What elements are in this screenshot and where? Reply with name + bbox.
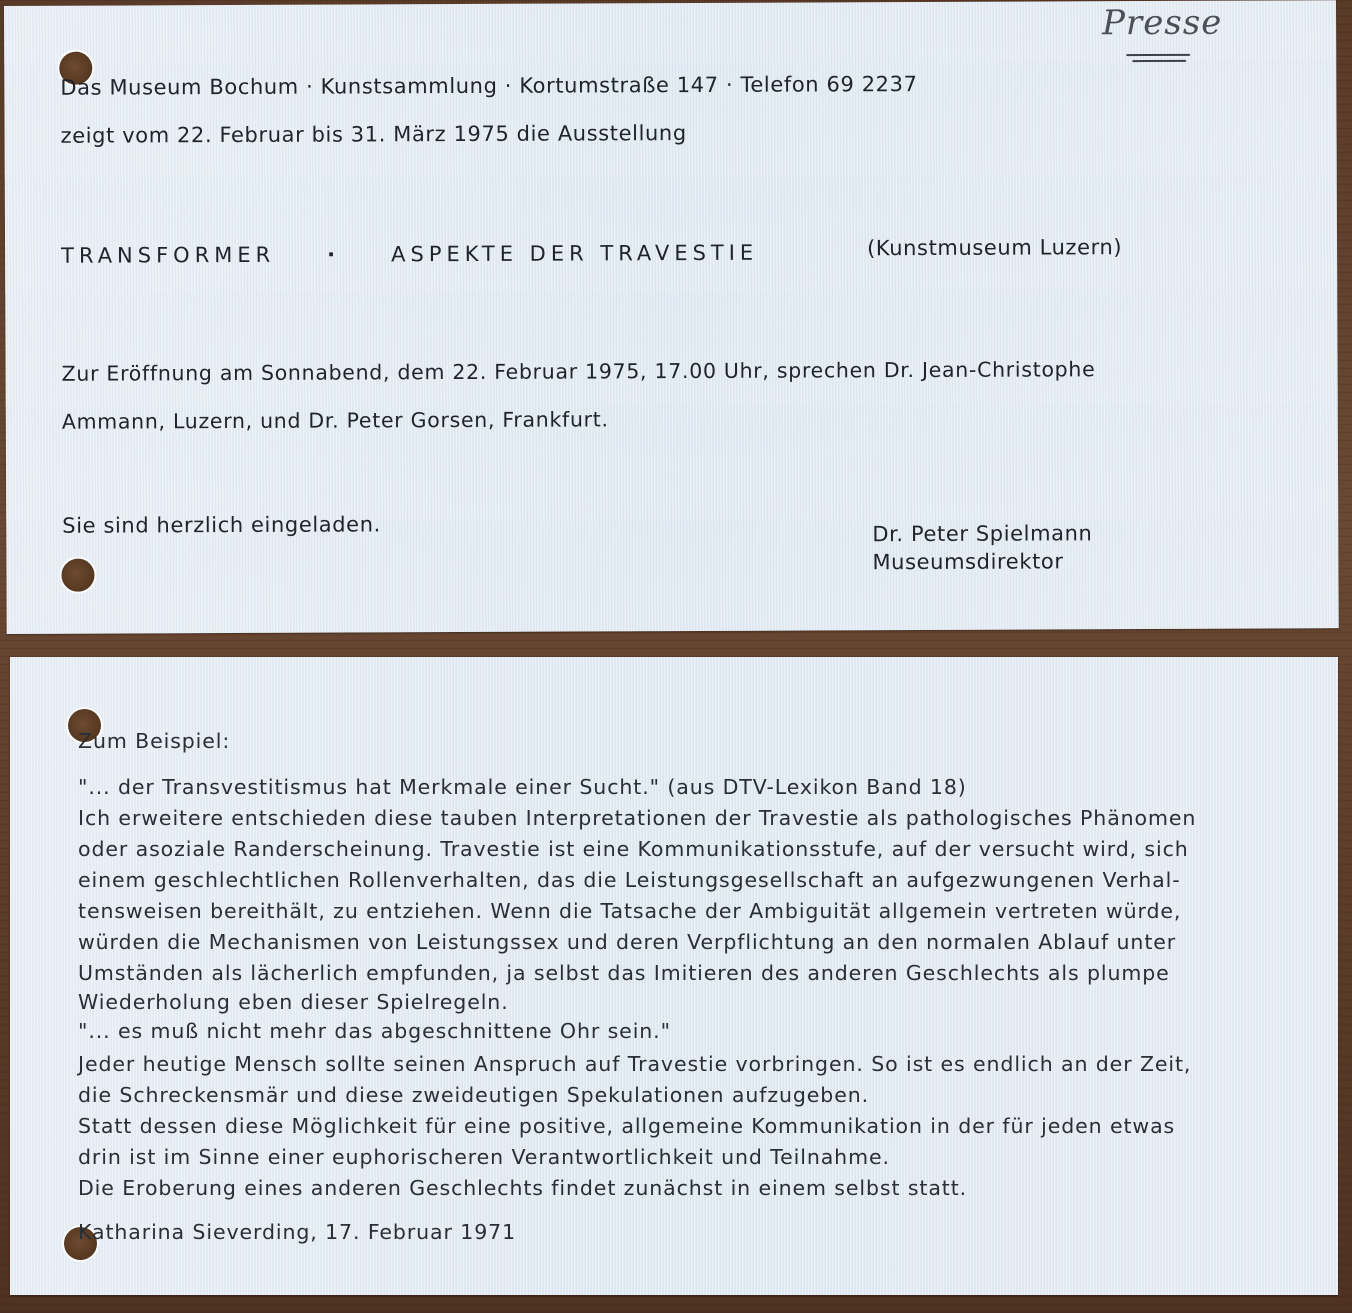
statement-line: "... der Transvestitismus hat Merkmale e… (78, 775, 967, 799)
statement-line: würden die Mechanismen von Leistungssex … (78, 930, 1176, 954)
handwritten-annotation: Presse (1102, 3, 1222, 44)
statement-line: tensweisen bereithält, zu entziehen. Wen… (78, 899, 1181, 923)
exhibition-origin: (Kunstmuseum Luzern) (867, 235, 1122, 260)
statement-line: Jeder heutige Mensch sollte seinen Anspr… (78, 1052, 1191, 1076)
statement-line: Umständen als lächerlich empfunden, ja s… (78, 961, 1170, 985)
statement-line: die Schreckensmär und diese zweideutigen… (78, 1083, 869, 1107)
exhibition-title-sub: ASPEKTE DER TRAVESTIE (391, 241, 758, 267)
annotation-underline (1126, 54, 1190, 56)
statement-line: drin ist im Sinne einer euphorischeren V… (78, 1145, 890, 1169)
statement-line: oder asoziale Randerscheinung. Travestie… (78, 837, 1189, 861)
statement-line: Ich erweitere entschieden diese tauben I… (78, 806, 1196, 830)
opening-text-line-2: Ammann, Luzern, und Dr. Peter Gorsen, Fr… (62, 407, 609, 433)
title-separator: · (327, 243, 336, 267)
signatory-title: Museumsdirektor (872, 549, 1063, 574)
exhibition-dates: zeigt vom 22. Februar bis 31. März 1975 … (61, 121, 687, 148)
statement-line: Wiederholung eben dieser Spielregeln. (78, 990, 509, 1014)
annotation-underline (1132, 60, 1186, 62)
statement-card: Zum Beispiel: "... der Transvestitismus … (10, 657, 1338, 1295)
statement-line: "... es muß nicht mehr das abgeschnitten… (78, 1019, 671, 1043)
welcome-text: Sie sind herzlich eingeladen. (62, 512, 381, 537)
museum-header: Das Museum Bochum · Kunstsammlung · Kort… (60, 72, 917, 100)
statement-signature: Katharina Sieverding, 17. Februar 1971 (78, 1220, 516, 1244)
exhibition-title-main: TRANSFORMER (61, 243, 275, 268)
statement-line: Die Eroberung eines anderen Geschlechts … (78, 1176, 967, 1200)
statement-line: einem geschlechtlichen Rollenverhalten, … (78, 868, 1181, 892)
statement-line: Statt dessen diese Möglichkeit für eine … (78, 1114, 1175, 1138)
invitation-card: Presse Das Museum Bochum · Kunstsammlung… (4, 0, 1339, 634)
punch-hole (61, 559, 94, 592)
opening-text-line-1: Zur Eröffnung am Sonnabend, dem 22. Febr… (62, 357, 1096, 386)
statement-line: Zum Beispiel: (78, 729, 230, 753)
signatory-name: Dr. Peter Spielmann (872, 521, 1092, 546)
